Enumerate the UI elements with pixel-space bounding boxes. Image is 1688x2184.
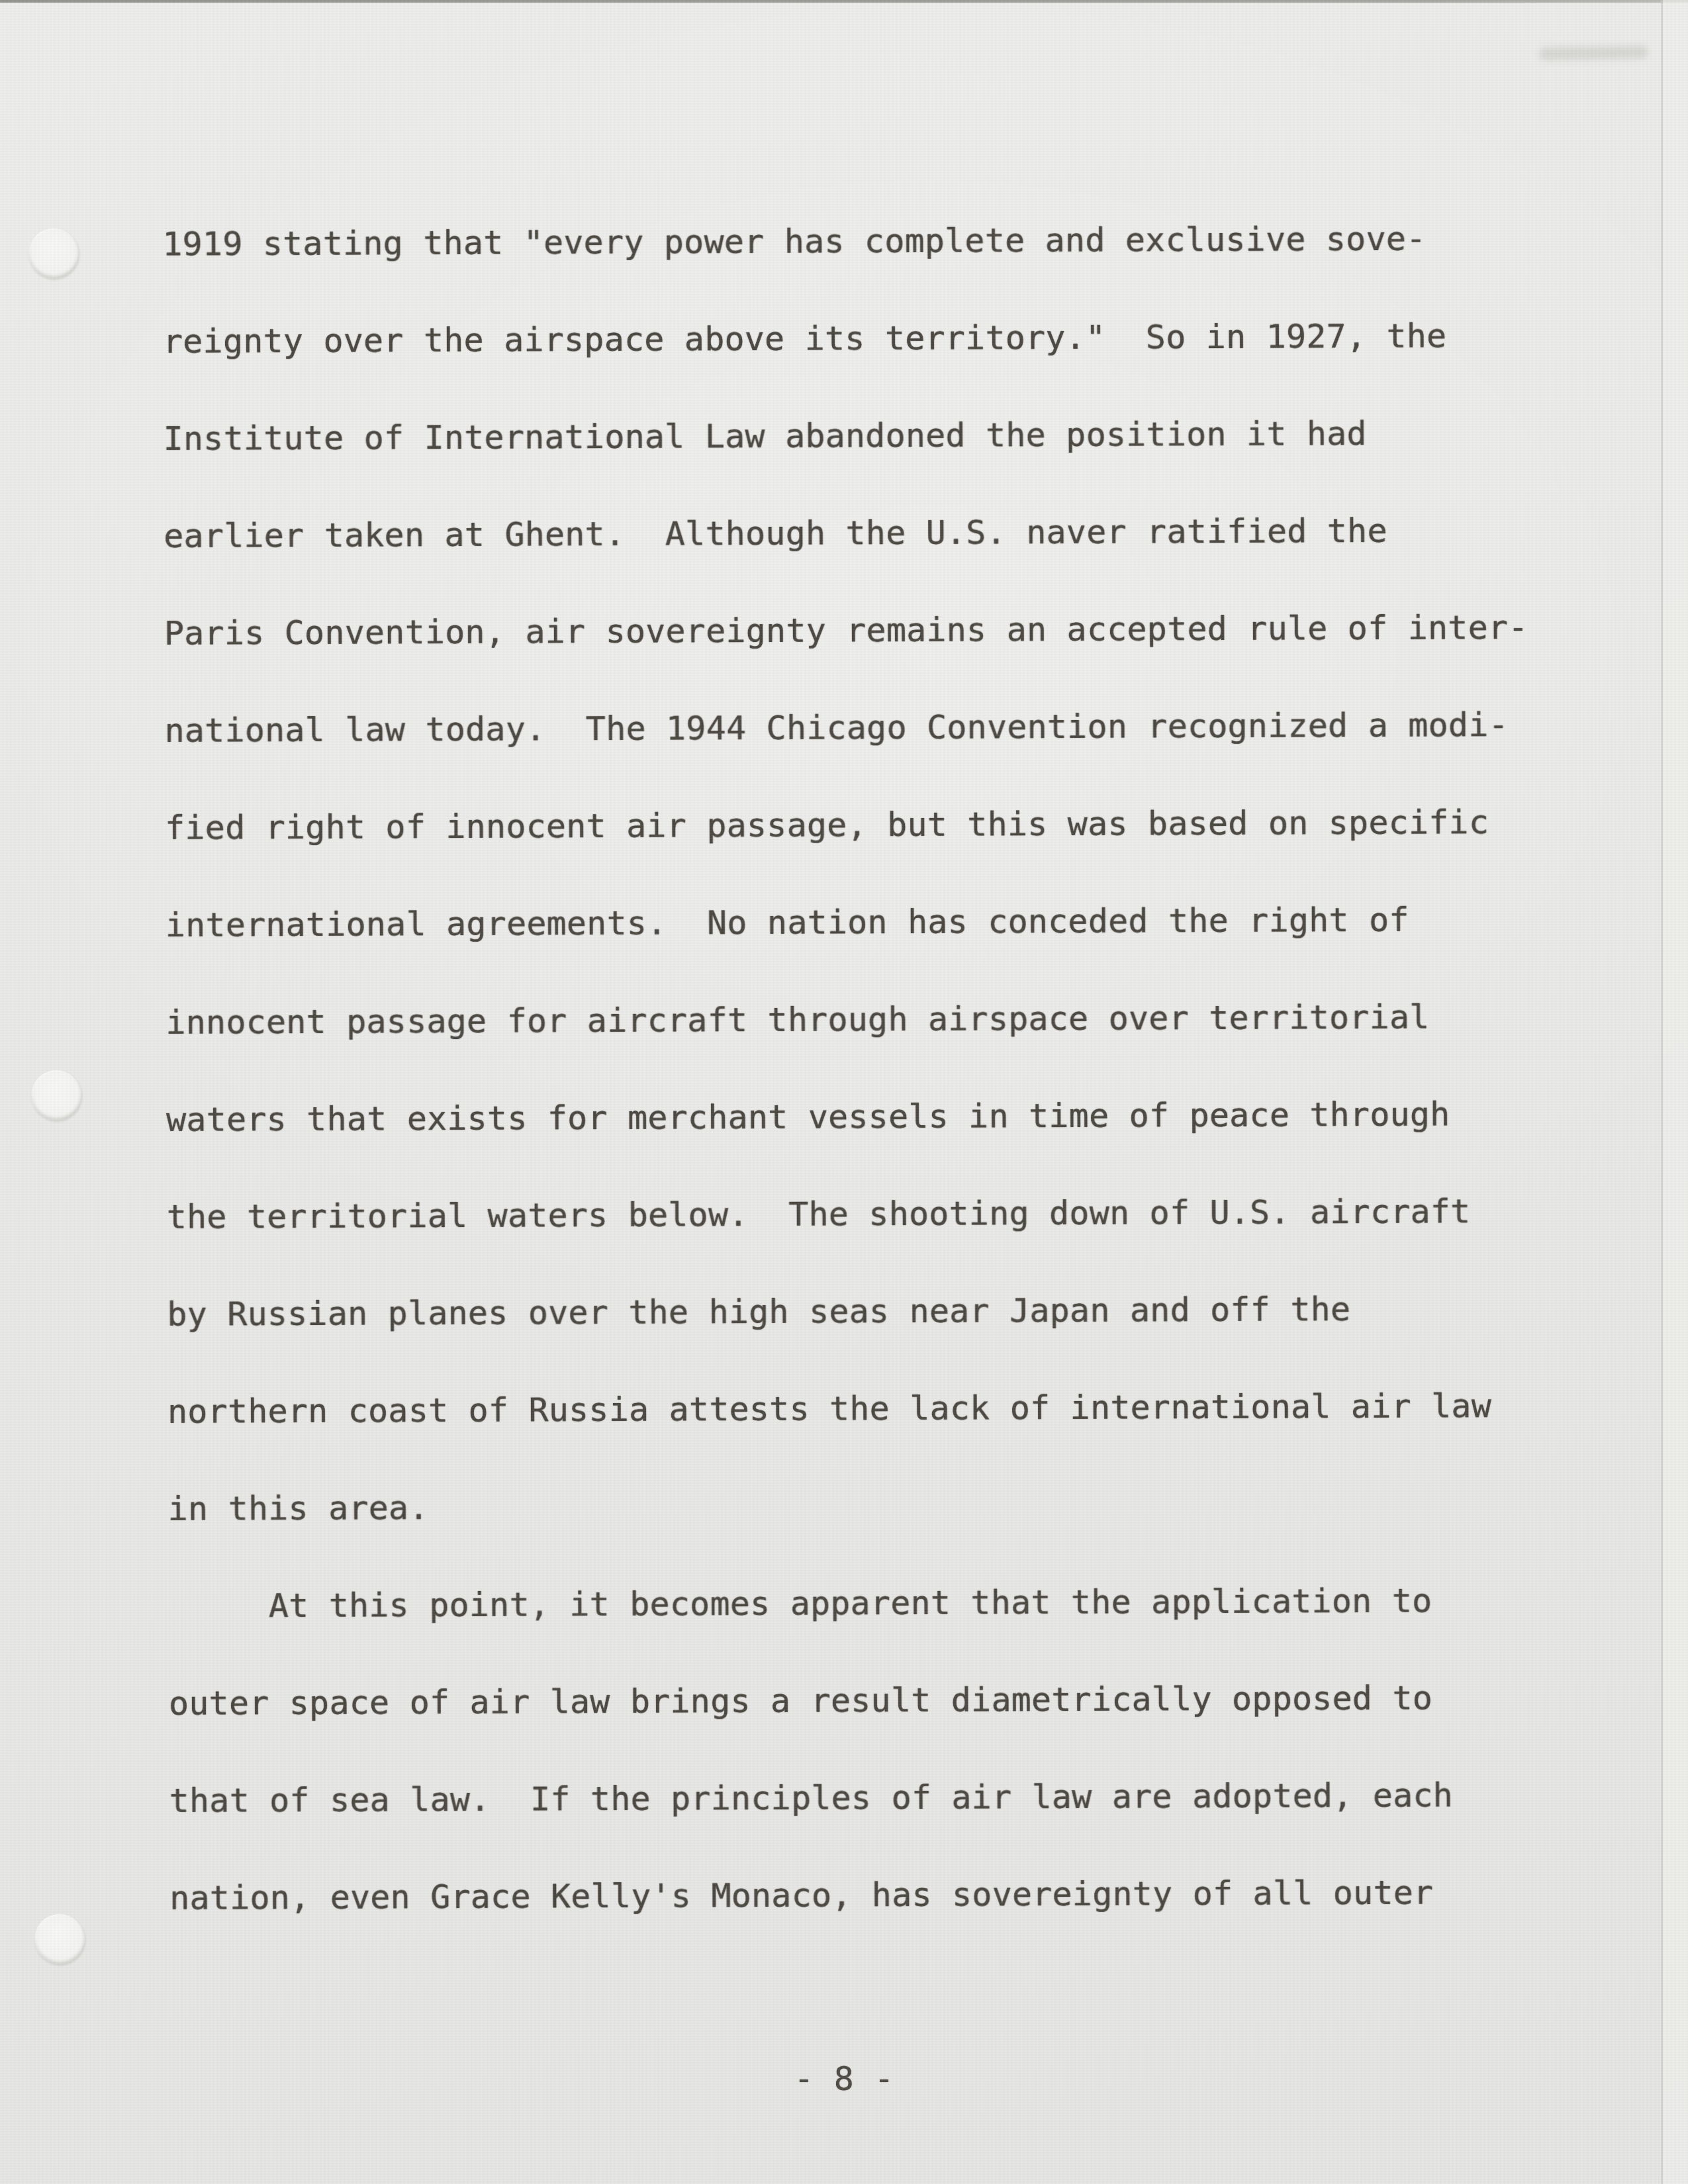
hole-punch	[31, 1070, 81, 1120]
text-line: innocent passage for aircraft through ai…	[165, 968, 1570, 1071]
text-line: in this area.	[167, 1455, 1571, 1558]
text-line: earlier taken at Ghent. Although the U.S…	[164, 482, 1568, 585]
text-line: At this point, it becomes apparent that …	[168, 1552, 1572, 1655]
faint-smudge	[1539, 46, 1648, 61]
text-line: waters that exists for merchant vessels …	[166, 1066, 1570, 1169]
text-line: Paris Convention, air sovereignty remain…	[164, 579, 1568, 682]
scan-edge-top	[0, 0, 1688, 3]
typewritten-text-block: 1919 stating that "every power has compl…	[162, 190, 1573, 1947]
text-line: the territorial waters below. The shooti…	[166, 1163, 1570, 1266]
text-line: Institute of International Law abandoned…	[163, 385, 1567, 488]
text-line: reignty over the airspace above its terr…	[163, 287, 1567, 390]
hole-punch	[28, 228, 79, 279]
text-line: nation, even Grace Kelly's Monaco, has s…	[169, 1844, 1573, 1947]
text-line: 1919 stating that "every power has compl…	[162, 190, 1566, 293]
scan-band-right	[1663, 0, 1688, 2184]
text-line: that of sea law. If the principles of ai…	[169, 1747, 1573, 1850]
hole-punch	[34, 1914, 85, 1964]
document-page: 1919 stating that "every power has compl…	[0, 0, 1688, 2184]
text-line: by Russian planes over the high seas nea…	[167, 1260, 1571, 1363]
scan-edge-right	[1661, 0, 1663, 2184]
text-line: outer space of air law brings a result d…	[169, 1649, 1573, 1752]
text-line: fied right of innocent air passage, but …	[165, 774, 1569, 877]
page-number: - 8 -	[0, 2030, 1688, 2128]
text-line: national law today. The 1944 Chicago Con…	[164, 676, 1568, 780]
text-line: international agreements. No nation has …	[165, 871, 1569, 974]
text-line: northern coast of Russia attests the lac…	[167, 1357, 1571, 1461]
